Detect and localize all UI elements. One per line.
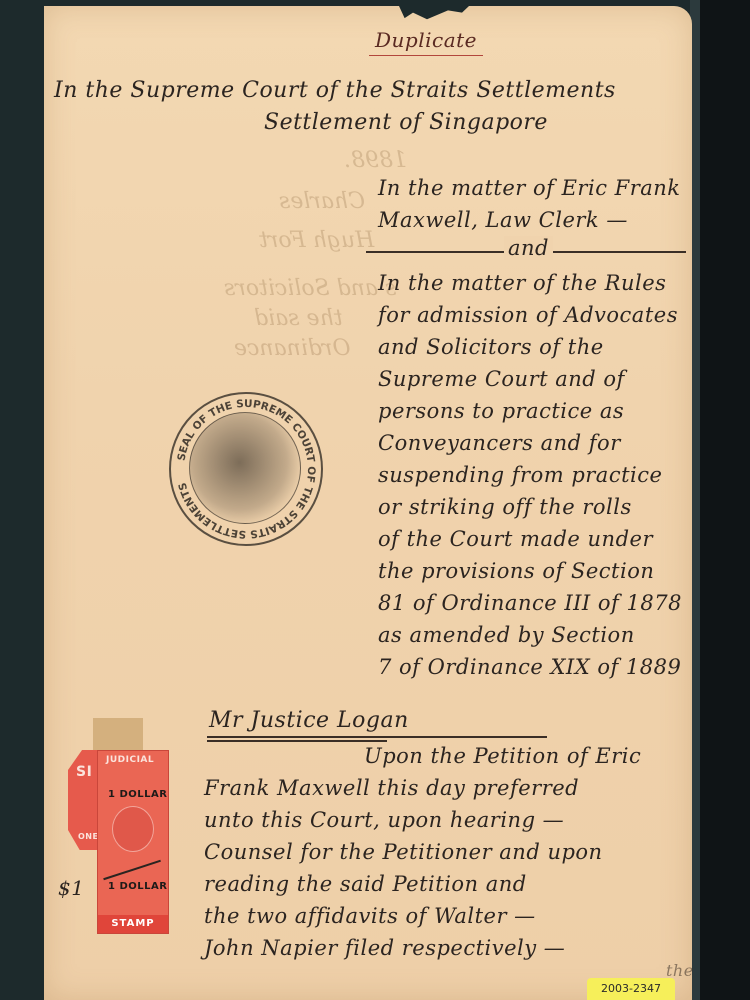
- matter-line: Conveyancers and for: [378, 431, 621, 455]
- judge-underline: [207, 736, 547, 738]
- court-seal: SEAL OF THE SUPREME COURT OF THE STRAITS…: [169, 392, 323, 546]
- torn-edge: [399, 6, 469, 28]
- stamp-hinge: [93, 718, 143, 752]
- matter-line: as amended by Section: [378, 623, 635, 647]
- bleed-text: s and Solicitors: [224, 276, 396, 301]
- order-line: Counsel for the Petitioner and upon: [204, 840, 603, 864]
- duplicate-note: Duplicate: [369, 28, 483, 56]
- judge-name: Mr Justice Logan: [209, 708, 409, 733]
- matter-and: and: [504, 236, 553, 260]
- order-line: Frank Maxwell this day preferred: [204, 776, 579, 800]
- bleed-text: Hugh Fort: [259, 228, 374, 253]
- stamp-value-lower: 1 DOLLAR: [108, 881, 167, 892]
- matter-line: and Solicitors of the: [378, 335, 604, 359]
- accession-label: 2003-2347: [587, 978, 675, 1000]
- portrait-icon: [112, 806, 154, 852]
- stamp-top-label: JUDICIAL: [106, 755, 154, 765]
- matter-line: 81 of Ordinance III of 1878: [378, 591, 682, 615]
- bleed-text: the said: [254, 306, 343, 331]
- order-line: the two affidavits of Walter —: [204, 904, 536, 928]
- matter-line: Maxwell, Law Clerk —: [378, 208, 628, 232]
- stamp-value: 1 DOLLAR: [108, 789, 167, 800]
- matter-line: persons to practice as: [378, 399, 624, 423]
- cancellation-mark: [103, 860, 161, 880]
- mount-background: [700, 0, 750, 1000]
- matter-line: of the Court made under: [378, 527, 653, 551]
- matter-line: or striking off the rolls: [378, 495, 632, 519]
- seal-legend-icon: SEAL OF THE SUPREME COURT OF THE STRAITS…: [171, 394, 321, 544]
- matter-line: 7 of Ordinance XIX of 1889: [378, 655, 681, 679]
- order-line: Upon the Petition of Eric: [364, 744, 641, 768]
- settlement-title: Settlement of Singapore: [264, 110, 548, 135]
- svg-text:SEAL OF THE SUPREME COURT OF T: SEAL OF THE SUPREME COURT OF THE STRAITS…: [176, 398, 318, 540]
- matter-line: the provisions of Section: [378, 559, 654, 583]
- revenue-stamp: JUDICIAL 1 DOLLAR 1 DOLLAR STAMP: [97, 750, 169, 934]
- matter-line: In the matter of the Rules: [378, 271, 666, 295]
- matter-line: suspending from practice: [378, 463, 662, 487]
- bleed-text: Ordinance: [234, 336, 350, 361]
- order-line: unto this Court, upon hearing —: [204, 808, 564, 832]
- bleed-text: 1898.: [344, 148, 407, 173]
- order-line: John Napier filed respectively —: [204, 936, 565, 960]
- stamp-footer: STAMP: [98, 915, 168, 933]
- matter-line: for admission of Advocates: [378, 303, 678, 327]
- margin-note: $1: [58, 876, 84, 900]
- order-line: reading the said Petition and: [204, 872, 527, 896]
- matter-line: Supreme Court and of: [378, 367, 625, 391]
- matter-line: In the matter of Eric Frank: [378, 176, 681, 200]
- bleed-text: Charles: [279, 189, 365, 214]
- judge-underline-2: [207, 740, 387, 742]
- court-title: In the Supreme Court of the Straits Sett…: [54, 78, 616, 103]
